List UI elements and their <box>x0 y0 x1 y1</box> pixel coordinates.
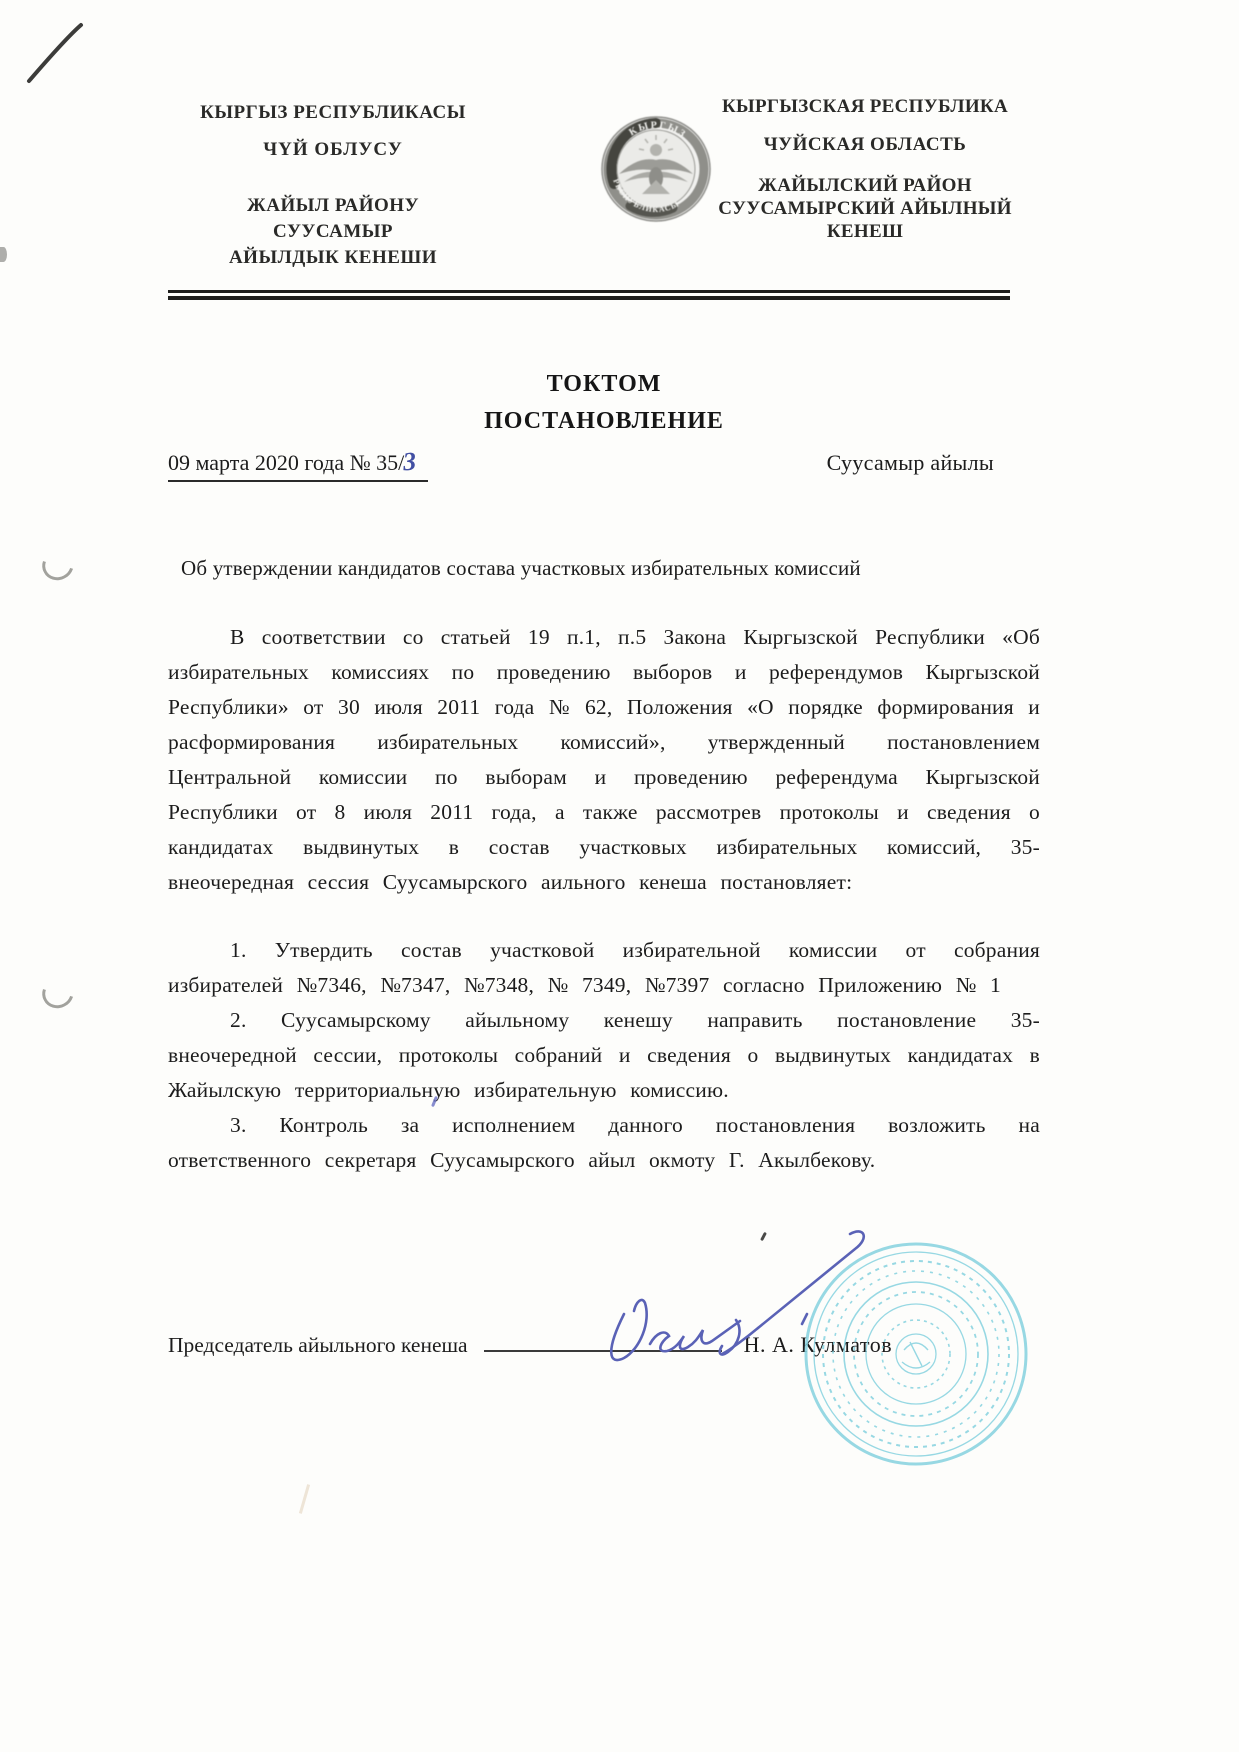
header-line: ЧҮЙ ОБЛУСУ <box>168 139 498 161</box>
title-kyrgyz: ТОКТОМ <box>168 366 1040 403</box>
body-text: В соответствии со статьей 19 п.1, п.5 За… <box>168 620 1040 1178</box>
header-divider <box>168 290 1010 300</box>
scan-artifact-crescent <box>37 544 79 586</box>
date-typed: 09 марта 2020 года № 35/ <box>168 450 404 475</box>
resolution-item: 1. Утвердить состав участковой избирател… <box>168 933 1040 1003</box>
header-line: КЕНЕШ <box>698 220 1032 243</box>
resolution-item: 3. Контроль за исполнением данного поста… <box>168 1108 1040 1178</box>
subject-line: Об утверждении кандидатов состава участк… <box>181 556 1061 581</box>
kyrgyz-emblem-icon: КЫРГЫЗ РЕСПУБЛИКАСЫ <box>600 114 712 224</box>
scan-edge-smudge <box>0 247 7 262</box>
header-line: КЫРГЫЗ РЕСПУБЛИКАСЫ <box>168 102 498 124</box>
title-russian: ПОСТАНОВЛЕНИЕ <box>168 403 1040 440</box>
handwritten-signature <box>588 1228 898 1373</box>
header-line: АЙЫЛДЫК КЕНЕШИ <box>168 245 498 271</box>
handwritten-number: 3 <box>402 447 417 478</box>
header-kyrgyz-block: КЫРГЫЗ РЕСПУБЛИКАСЫ ЧҮЙ ОБЛУСУ ЖАЙЫЛ РАЙ… <box>168 102 498 271</box>
header-line: КЫРГЫЗСКАЯ РЕСПУБЛИКА <box>698 96 1032 118</box>
meta-row: 09 марта 2020 года № 35/3 Суусамыр айылы <box>168 447 1040 482</box>
signatory-role: Председатель айыльного кенеша <box>168 1333 468 1358</box>
intro-paragraph: В соответствии со статьей 19 п.1, п.5 За… <box>168 620 1040 900</box>
document-page: КЫРГЫЗ РЕСПУБЛИКАСЫ ЧҮЙ ОБЛУСУ ЖАЙЫЛ РАЙ… <box>0 0 1239 1752</box>
pen-slash-mark <box>20 18 92 90</box>
place-label: Суусамыр айылы <box>827 450 994 476</box>
header-line: ЖАЙЫЛ РАЙОНУ <box>168 193 498 219</box>
header-line: ЖАЙЫЛСКИЙ РАЙОН <box>698 174 1032 197</box>
header-line: ЧУЙСКАЯ ОБЛАСТЬ <box>698 134 1032 156</box>
header-line: СУУСАМЫР <box>168 219 498 245</box>
header-line: СУУСАМЫРСКИЙ АЙЫЛНЫЙ <box>698 197 1032 220</box>
header-russian-block: КЫРГЫЗСКАЯ РЕСПУБЛИКА ЧУЙСКАЯ ОБЛАСТЬ ЖА… <box>698 96 1032 243</box>
faint-scan-mark <box>299 1484 310 1514</box>
date-and-number: 09 марта 2020 года № 35/3 <box>168 447 428 482</box>
scan-artifact-crescent <box>37 972 79 1014</box>
document-title: ТОКТОМ ПОСТАНОВЛЕНИЕ <box>168 366 1040 440</box>
resolution-item: 2. Суусамырскому айыльному кенешу направ… <box>168 1003 1040 1108</box>
